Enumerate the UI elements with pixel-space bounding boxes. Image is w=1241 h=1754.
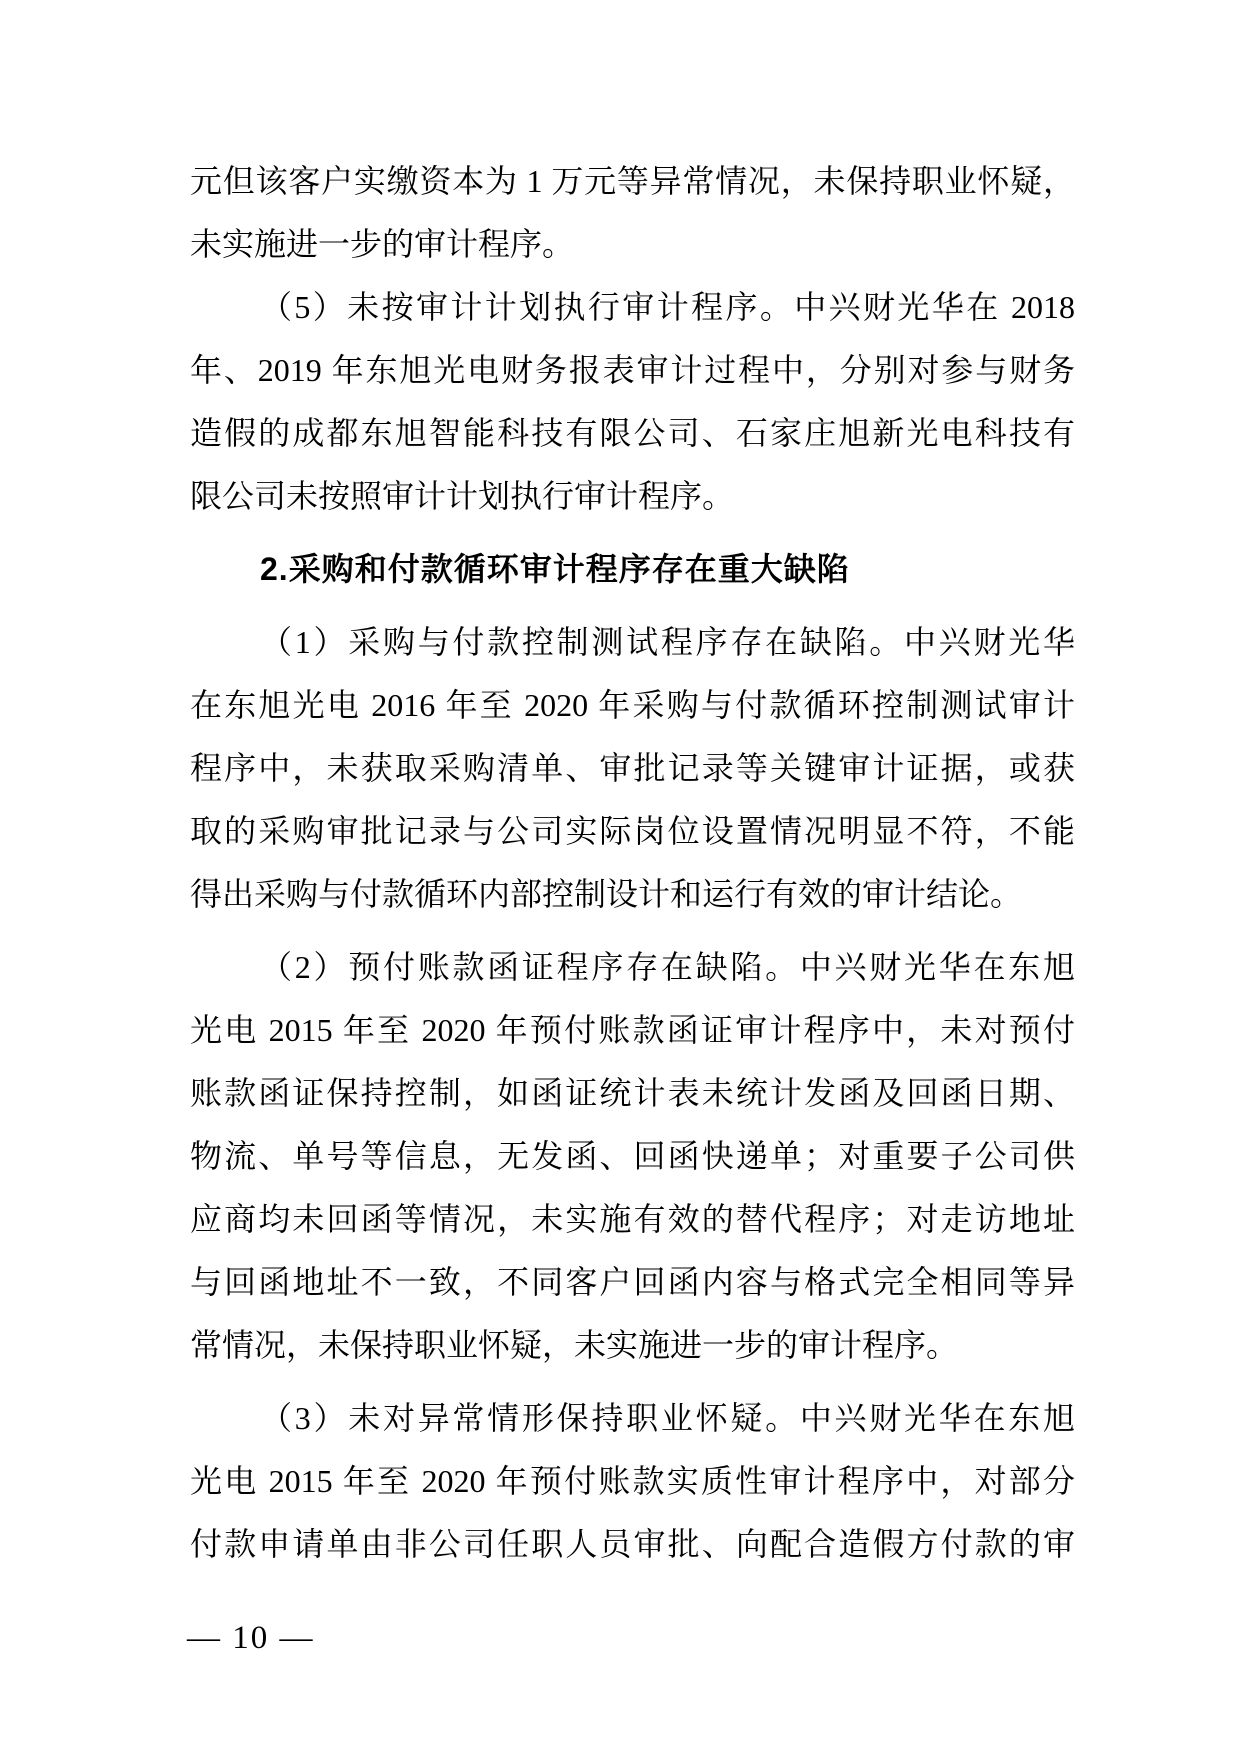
text-line: 账款函证保持控制，如函证统计表未统计发函及回函日期、 [190,1062,1075,1125]
document-page: 元但该客户实缴资本为 1 万元等异常情况，未保持职业怀疑， 未实施进一步的审计程… [0,0,1241,1754]
text-line: 造假的成都东旭智能科技有限公司、石家庄旭新光电科技有 [190,402,1075,465]
paragraph: （5）未按审计计划执行审计程序。中兴财光华在 2018 年、2019 年东旭光电… [190,276,1075,528]
text-line: 付款申请单由非公司任职人员审批、向配合造假方付款的审 [190,1513,1075,1576]
text-line: 物流、单号等信息，无发函、回函快递单；对重要子公司供 [190,1125,1075,1188]
text-line: 与回函地址不一致，不同客户回函内容与格式完全相同等异 [190,1251,1075,1314]
text-line: 得出采购与付款循环内部控制设计和运行有效的审计结论。 [190,863,1075,926]
paragraph: （3）未对异常情形保持职业怀疑。中兴财光华在东旭 光电 2015 年至 2020… [190,1387,1075,1576]
paragraph: （1）采购与付款控制测试程序存在缺陷。中兴财光华 在东旭光电 2016 年至 2… [190,611,1075,926]
text-line: 应商均未回函等情况，未实施有效的替代程序；对走访地址 [190,1188,1075,1251]
paragraph: （2）预付账款函证程序存在缺陷。中兴财光华在东旭 光电 2015 年至 2020… [190,936,1075,1377]
section-heading: 2.采购和付款循环审计程序存在重大缺陷 [190,538,1075,601]
paragraph: 元但该客户实缴资本为 1 万元等异常情况，未保持职业怀疑， 未实施进一步的审计程… [190,150,1075,276]
text-line: （5）未按审计计划执行审计程序。中兴财光华在 2018 [190,276,1075,339]
text-line: 光电 2015 年至 2020 年预付账款实质性审计程序中，对部分 [190,1450,1075,1513]
text-line: 常情况，未保持职业怀疑，未实施进一步的审计程序。 [190,1314,1075,1377]
heading-line: 2.采购和付款循环审计程序存在重大缺陷 [190,538,1075,601]
page-number: — 10 — [187,1618,315,1658]
text-line: 在东旭光电 2016 年至 2020 年采购与付款循环控制测试审计 [190,674,1075,737]
text-line: （2）预付账款函证程序存在缺陷。中兴财光华在东旭 [190,936,1075,999]
document-body: 元但该客户实缴资本为 1 万元等异常情况，未保持职业怀疑， 未实施进一步的审计程… [190,150,1075,1576]
text-line: 未实施进一步的审计程序。 [190,213,1075,276]
text-line: 年、2019 年东旭光电财务报表审计过程中，分别对参与财务 [190,339,1075,402]
text-line: 元但该客户实缴资本为 1 万元等异常情况，未保持职业怀疑， [190,150,1075,213]
text-line: 限公司未按照审计计划执行审计程序。 [190,465,1075,528]
text-line: 程序中，未获取采购清单、审批记录等关键审计证据，或获 [190,737,1075,800]
text-line: （1）采购与付款控制测试程序存在缺陷。中兴财光华 [190,611,1075,674]
text-line: 光电 2015 年至 2020 年预付账款函证审计程序中，未对预付 [190,999,1075,1062]
text-line: （3）未对异常情形保持职业怀疑。中兴财光华在东旭 [190,1387,1075,1450]
text-line: 取的采购审批记录与公司实际岗位设置情况明显不符，不能 [190,800,1075,863]
